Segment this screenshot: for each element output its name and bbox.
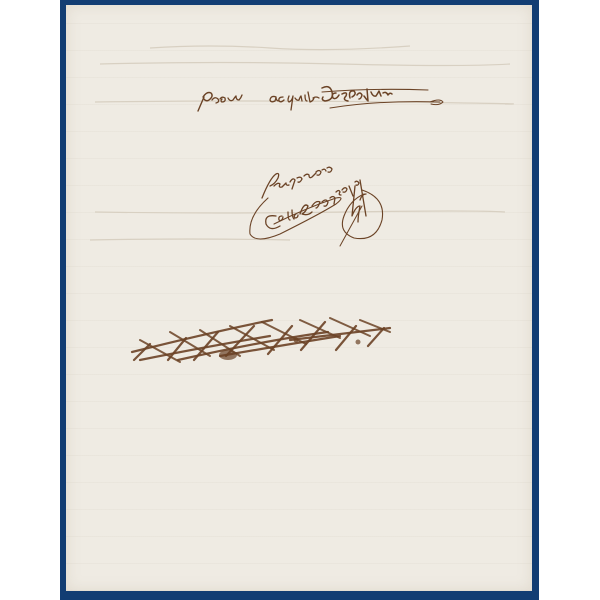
signature	[250, 167, 383, 246]
handwritten-line	[198, 87, 443, 111]
document-marks	[0, 0, 600, 600]
crosshatch-mark	[132, 318, 390, 362]
